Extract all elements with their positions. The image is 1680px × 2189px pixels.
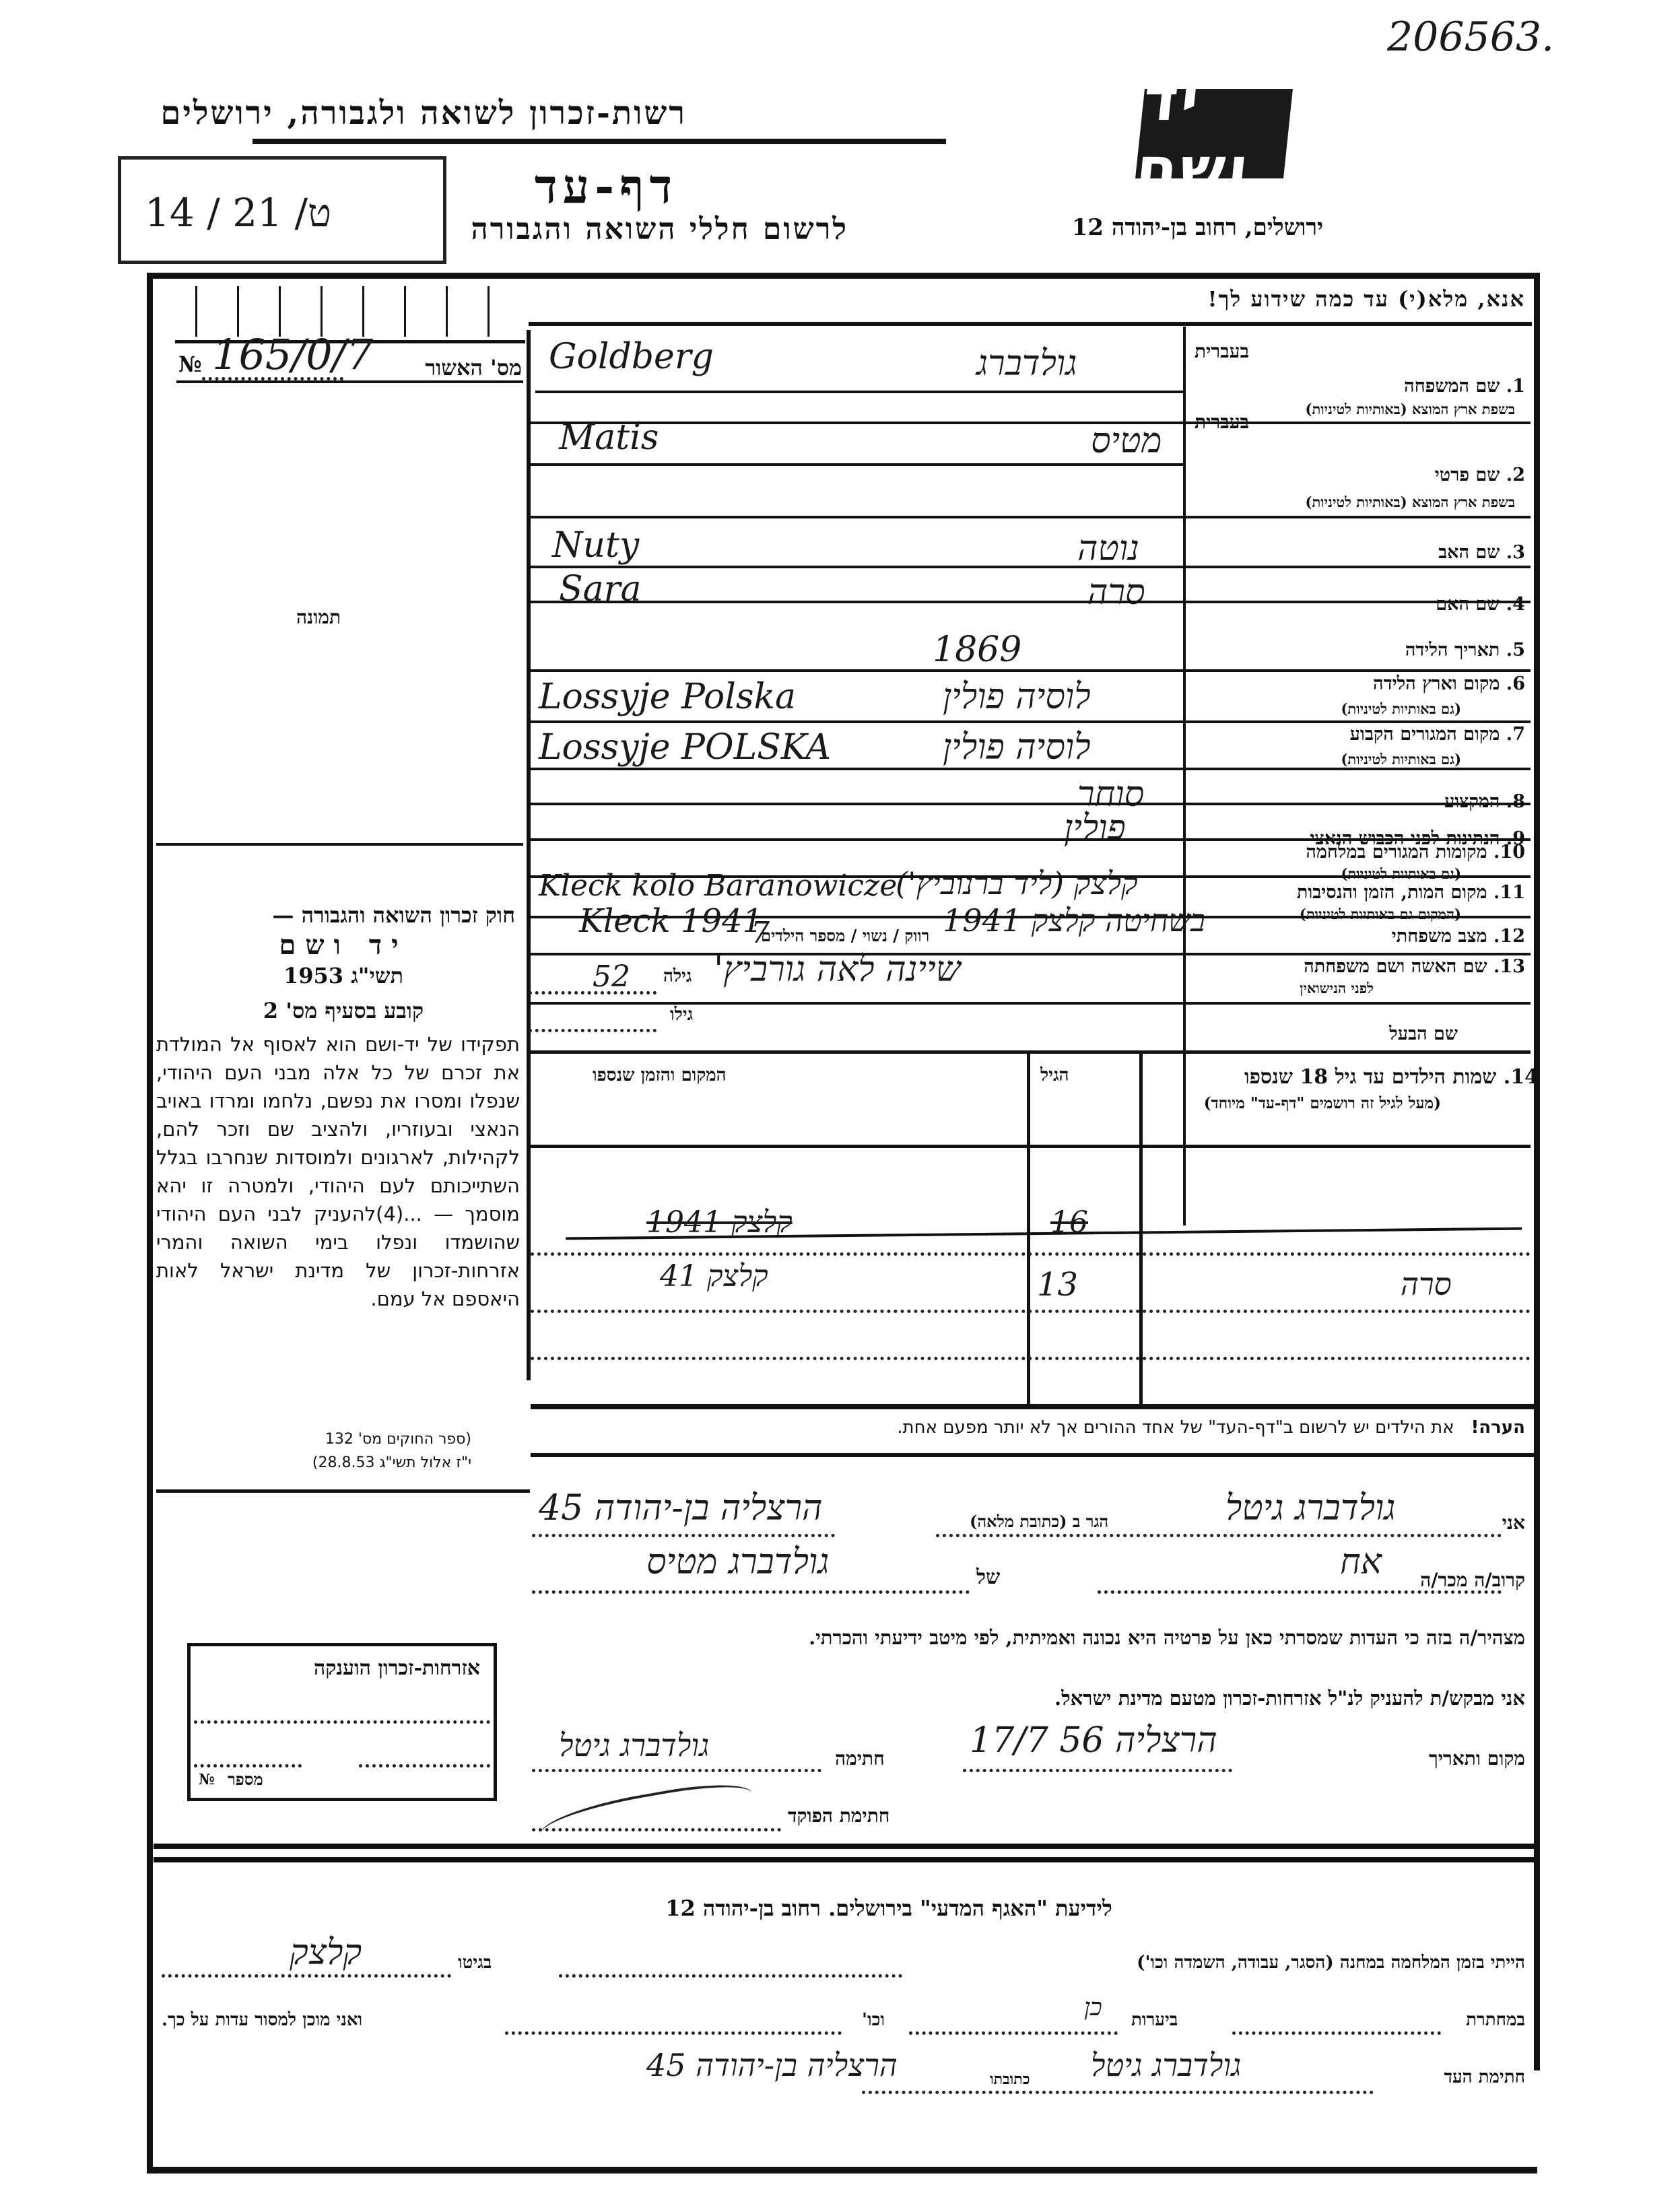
- field-11-label: 11. מקום המות, הזמן והנסיבות: [1297, 882, 1525, 903]
- field-10-label: 10. מקומות המגורים במלחמה: [1306, 842, 1525, 863]
- approval-number[interactable]: 165/0/7: [212, 330, 373, 379]
- row-9-line: [531, 838, 1531, 841]
- note-label: הערה!: [1471, 1417, 1525, 1438]
- law-bottom: [156, 1489, 530, 1493]
- frame-right: [1534, 273, 1540, 2070]
- col-place-header: המקום והזמן שנספו: [593, 1065, 727, 1085]
- row-2-line: [531, 516, 1531, 518]
- witness-address-value[interactable]: הרצליה בן-יהודה 45: [646, 2047, 898, 2083]
- row-3-line: [531, 566, 1531, 568]
- row-12-line: [531, 953, 1531, 955]
- declarant-name[interactable]: גולדברג גיטל: [1225, 1488, 1395, 1528]
- field-7-hebrew[interactable]: לוסיה פולין: [943, 727, 1091, 768]
- citizenship-number-dotline-2: [359, 1764, 490, 1767]
- relation-label: קרוב/ה מכר/ה: [1420, 1569, 1525, 1592]
- field-1-hebrew[interactable]: גולדברג: [976, 343, 1077, 384]
- field-6-label: 6. מקום וארץ הלידה: [1373, 673, 1525, 694]
- citizenship-no-symbol: №: [199, 1771, 215, 1788]
- field-7-sub: (גם באותיות לטיניות): [1341, 751, 1461, 768]
- address-value[interactable]: הרצליה בן-יהודה 45: [539, 1488, 823, 1528]
- signature-dotline: [532, 1769, 821, 1772]
- field-3-latin[interactable]: Nuty: [552, 525, 639, 566]
- declaration-bottom-2: [154, 1857, 1537, 1862]
- row-10-line: [531, 875, 1531, 878]
- ghetto-dotline: [162, 1974, 451, 1978]
- note-line: [531, 1453, 1534, 1457]
- instruction-line: [529, 322, 1532, 326]
- row-5-line: [531, 669, 1531, 672]
- citizenship-number-label: מספר: [228, 1770, 263, 1790]
- photo-ruler: [195, 286, 518, 337]
- approval-underline: [176, 380, 523, 383]
- row-2-dotline: [531, 1310, 1531, 1313]
- children-title: 14. שמות הילדים עד גיל 18 שנספו: [1244, 1065, 1539, 1089]
- row-2-place: קלצק 41: [660, 1259, 768, 1293]
- relation-dotline: [1098, 1590, 1502, 1594]
- field-2-hebrew[interactable]: מטיס: [1091, 421, 1162, 461]
- row-8-line: [531, 803, 1531, 805]
- field-4-label: 4. שם האם: [1436, 594, 1525, 615]
- field-7-label: 7. מקום המגורים הקבוע: [1350, 724, 1525, 745]
- col-divider-name: [1139, 1052, 1143, 1405]
- field-5-label: 5. תאריך הלידה: [1405, 640, 1525, 661]
- frame-left: [147, 273, 153, 2171]
- ghetto-value[interactable]: קלצק: [290, 1932, 362, 1973]
- underground-dotline: [1232, 2031, 1441, 2035]
- of-dotline: [532, 1590, 970, 1594]
- place-date-label: מקום ותאריך: [1429, 1747, 1525, 1770]
- form-subtitle: לרשום חללי השואה והגבורה: [471, 212, 848, 246]
- children-subtitle: (מעל לגיל זה רושמים "דף-עד" מיוחד): [1204, 1094, 1441, 1112]
- row-4-line: [531, 601, 1531, 603]
- citizenship-box-title: אזרחות-זכרון הוענקה: [314, 1656, 480, 1680]
- husband-line: [531, 1050, 1531, 1054]
- field-10-sub: (גם באותיות לטיניות): [1341, 865, 1461, 883]
- declaration-statement: מצהיר/ה בזה כי העדות שמסרתי כאן על פרטיה…: [809, 1626, 1525, 1650]
- witness-signature-dotline: [862, 2091, 1374, 2094]
- field-2-sub: בשפת ארץ המוצא (באותיות לטיניות): [1306, 494, 1515, 511]
- field-13-hebrew[interactable]: שיינה לאה גורביץ': [714, 949, 961, 990]
- frame-bottom: [147, 2167, 1537, 2174]
- approval-no-symbol: №: [178, 351, 202, 377]
- field-12-label: 12. מצב משפחתי: [1392, 926, 1525, 947]
- row-3-dotline: [531, 1357, 1531, 1360]
- field-3-label: 3. שם האב: [1438, 542, 1525, 563]
- forests-value[interactable]: כן: [1084, 1993, 1102, 2021]
- approval-label: מס' האשור: [425, 355, 522, 380]
- authority-title: רשות-זכרון לשואה ולגבורה, ירושלים: [160, 94, 687, 132]
- husband-age-label: גילו: [670, 1005, 693, 1025]
- witness-signature-label: חתימת העד: [1444, 2067, 1525, 2087]
- forests-label: ביערות: [1131, 2010, 1178, 2030]
- field-4-hebrew[interactable]: סרה: [1087, 572, 1145, 613]
- row-11-line: [531, 916, 1531, 918]
- frame-top: [148, 273, 1539, 279]
- ghetto-label: בגיטו: [458, 1953, 492, 1973]
- field-10-latin[interactable]: Kleck kolo Baranowicze: [539, 869, 897, 903]
- field-5-value[interactable]: 1869: [933, 630, 1021, 670]
- law-year: תשי"ג 1953: [242, 963, 444, 988]
- camp-label: הייתי בזמן המלחמה במחנה (הסגר, עבודה, הש…: [1137, 1953, 1525, 1973]
- col-age-header: הגיל: [1040, 1065, 1069, 1085]
- citizenship-box: אזרחות-זכרון הוענקה № מספר: [187, 1643, 497, 1801]
- field-1-label: 1. שם המשפחה: [1404, 376, 1525, 397]
- children-count[interactable]: 7: [751, 916, 770, 950]
- signature-label: חתימה: [835, 1747, 885, 1770]
- forests-dotline: [909, 2031, 1118, 2035]
- place-date-value[interactable]: הרצליה 56 17/7: [970, 1720, 1217, 1761]
- table-header-line: [531, 1145, 1531, 1148]
- camp-dotline: [559, 1974, 902, 1978]
- address-dotline: [532, 1534, 835, 1537]
- field-6-sub: (גם באותיות לטיניות): [1341, 700, 1461, 718]
- signature-value[interactable]: גולדברג גיטל: [559, 1727, 709, 1763]
- left-panel-divider: [527, 330, 531, 1380]
- field-6-latin[interactable]: Lossyje Polska: [539, 677, 796, 717]
- declarant-label: אני: [1502, 1512, 1525, 1535]
- row-6-line: [531, 720, 1531, 723]
- declarant-dotline: [936, 1534, 1502, 1537]
- witness-address-label: כתובתו: [990, 2070, 1030, 2088]
- declaration-request: אני מבקש/ת להעניק לנ"ל אזרחות-זכרון מטעם…: [1054, 1687, 1525, 1710]
- field-2-latin[interactable]: Matis: [559, 417, 659, 458]
- instruction: אנא, מלא(י) עד כמה שידוע לך!: [1208, 286, 1525, 312]
- field-6-hebrew[interactable]: לוסיה פולין: [943, 677, 1091, 717]
- field-2-line: [531, 463, 1185, 466]
- wife-age-label: גילה: [663, 966, 692, 986]
- field-7-latin[interactable]: Lossyje POLSKA: [539, 727, 831, 768]
- field-11-sub: (המקום גם באותיות לטיניות): [1300, 906, 1461, 923]
- etc-dotline: [505, 2031, 842, 2035]
- row-2-age: 13: [1037, 1266, 1078, 1304]
- yad-vashem-logo: יד ושם: [1135, 89, 1293, 178]
- field-4-latin[interactable]: Sara: [559, 569, 641, 609]
- archive-number: 206563.: [1387, 13, 1554, 61]
- law-source-2: י"ז אלול תשי"ג 28.8.53): [312, 1454, 471, 1471]
- field-9-hebrew[interactable]: פולין: [1064, 808, 1126, 848]
- field-10-hebrew[interactable]: קלצק (ליד ברנוביץ'): [896, 865, 1138, 902]
- row-2-name: סרה: [1401, 1266, 1452, 1302]
- photo-label: תמונה: [296, 606, 341, 629]
- hebrew-tag-1: בעברית: [1195, 340, 1249, 363]
- citizenship-dotline: [194, 1720, 490, 1724]
- husband-age-dotline: [529, 1029, 657, 1032]
- row-7-line: [531, 768, 1531, 770]
- field-13-label: 13. שם האשה ושם משפחתה: [1304, 956, 1525, 977]
- law-source-1: (ספר החוקים מס' 132: [325, 1431, 471, 1448]
- hebrew-tag-2: בעברית: [1195, 411, 1249, 434]
- footer-title: לידיעת "האגף המדעי" בירושלים. רחוב בן-יה…: [485, 1895, 1293, 1921]
- stamp-number: 14 / 21 /ט: [145, 190, 331, 236]
- citizenship-number-dotline-1: [194, 1764, 302, 1767]
- field-1-sub: בשפת ארץ המוצא (באותיות לטיניות): [1306, 401, 1515, 418]
- officer-signature-label: חתימת הפוקד: [788, 1805, 889, 1827]
- wife-age-value[interactable]: 52: [593, 959, 630, 994]
- husband-label: שם הבעל: [1389, 1023, 1458, 1044]
- underground-label: במחתרת: [1466, 2010, 1525, 2030]
- field-2-label: 2. שם פרטי: [1435, 465, 1525, 485]
- law-text: תפקידו של יד-ושם הוא לאסוף אל המולדת את …: [156, 1030, 520, 1313]
- address: ירושלים, רחוב בן-יהודה 12: [1072, 214, 1323, 241]
- field-8-label: 8. המקצוע: [1444, 791, 1525, 812]
- declaration-bottom-1: [154, 1844, 1537, 1849]
- address-label: הגר ב (כתובת מלאה): [970, 1512, 1108, 1532]
- table-bottom: [531, 1404, 1534, 1409]
- of-label: של: [976, 1565, 1000, 1589]
- field-1-line: [535, 391, 1185, 393]
- row-1-dotline: [531, 1252, 1531, 1256]
- photo-bottom: [156, 843, 523, 846]
- note: הערה! את הילדים יש לרשום ב"דף-העד" של אח…: [897, 1417, 1525, 1438]
- field-3-hebrew[interactable]: נוטה: [1077, 529, 1139, 569]
- authority-underline: [253, 139, 946, 144]
- field-1-latin[interactable]: Goldberg: [549, 337, 714, 377]
- witness-signature-value[interactable]: גולדברג גיטל: [1091, 2047, 1241, 2083]
- form-title: דף-עד: [471, 158, 741, 215]
- field-11-hebrew[interactable]: בשחיטה קלצק 1941: [943, 902, 1205, 939]
- field-13-sub: לפני הנישואין: [1300, 980, 1374, 997]
- col-divider-age: [1027, 1052, 1030, 1405]
- label-column-divider: [1183, 327, 1186, 1225]
- law-name: יד ושם: [242, 929, 444, 961]
- law-title: חוק זכרון השואה והגבורה —: [272, 902, 515, 928]
- law-section: קובע בסעיף מס' 2: [242, 998, 444, 1023]
- of-value[interactable]: גולדברג מטיס: [646, 1542, 829, 1582]
- place-date-dotline: [963, 1769, 1232, 1772]
- etc-label: וכו': [862, 2010, 885, 2030]
- note-text: את הילדים יש לרשום ב"דף-העד" של אחד ההור…: [897, 1417, 1454, 1438]
- testimony-ready: ואני מוכן למסור עדות על כך.: [162, 2010, 362, 2030]
- row-1-line: [531, 422, 1531, 424]
- field-11-latin[interactable]: Kleck 1941: [579, 902, 763, 940]
- marital-status-options[interactable]: רווק / נשוי / מספר הילדים: [761, 926, 929, 946]
- relation-value[interactable]: אח: [1340, 1542, 1382, 1582]
